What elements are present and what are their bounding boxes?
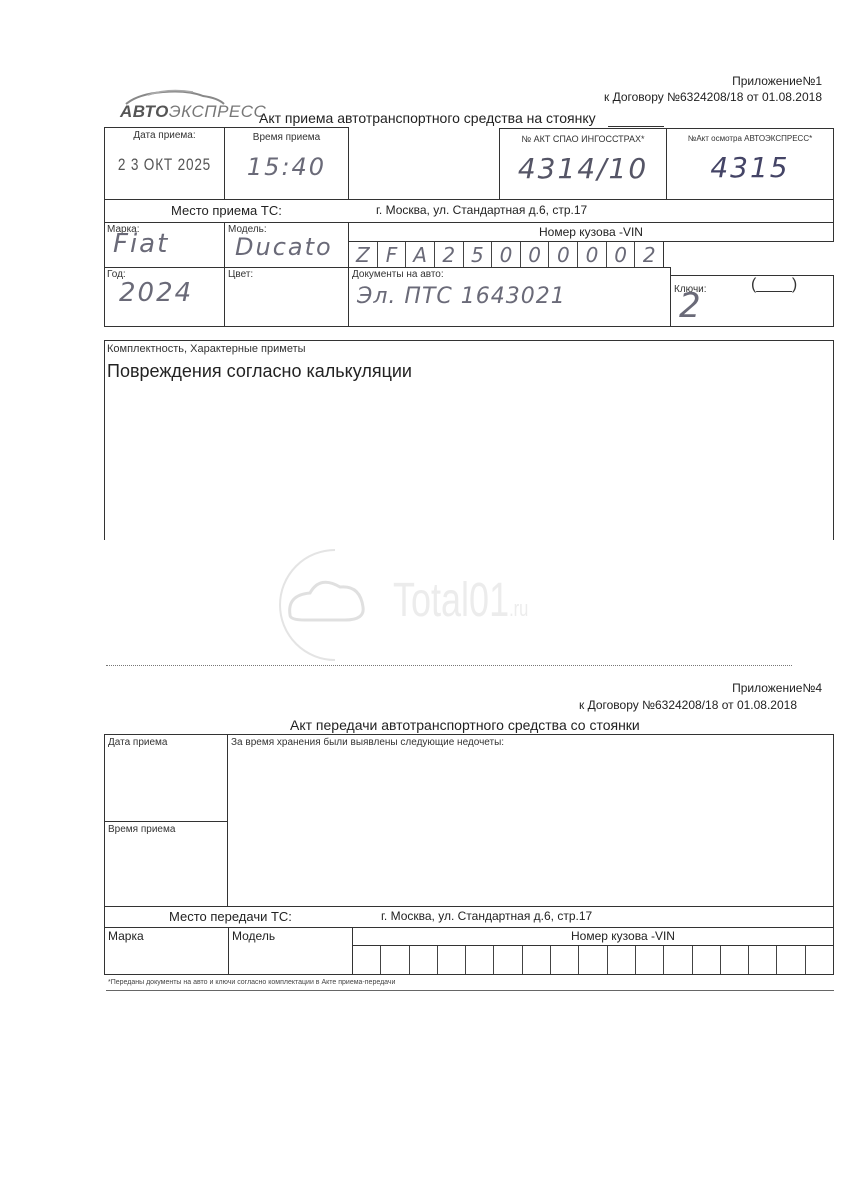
inspection-value: 4315 [667,151,833,184]
watermark-text: Total01.ru [393,573,528,628]
form2-vin-boxes [352,945,834,975]
date-cell: Дата приема: 2 3 ОКТ 2025 [104,127,225,200]
inspection-label: №Акт осмотра АВТОЭКСПРЕСС* [667,134,833,143]
time-cell: Время приема 15:40 [224,127,349,200]
year-cell: Год: 2024 [104,267,225,327]
watermark-logo-icon [275,545,385,665]
form2-place-value: г. Москва, ул. Стандартная д.6, стр.17 [381,909,592,923]
vin-empty-cell [636,946,664,974]
logo-bold: АВТО [120,102,169,121]
vin-char-cell: F [378,242,407,267]
form2-brand-label: Марка [108,929,225,943]
title-underline [608,126,664,127]
vin-empty-cell [579,946,607,974]
vin-boxes: ZFA25000002 [348,241,664,268]
time-value: 15:40 [225,153,348,181]
model-value: Ducato [235,233,333,261]
footnote-line [106,990,834,991]
watermark: Total01.ru [275,545,605,665]
time-label: Время приема [225,132,348,143]
form2-vin-label: Номер кузова -VIN [353,929,833,943]
form2-time-label: Время приема [108,824,175,835]
logo-thin: ЭКСПРЕСС [169,102,266,121]
form2-place-row: Место передачи ТС: г. Москва, ул. Станда… [104,906,834,928]
vin-empty-cell [494,946,522,974]
docs-label: Документы на авто: [352,269,667,280]
vin-empty-cell [806,946,833,974]
vin-char-cell: Z [349,242,378,267]
vin-header: Номер кузова -VIN [348,222,834,242]
form1-title: Акт приема автотранспортного средства на… [259,110,596,126]
brand-cell: Марка: Fiat [104,222,225,268]
place-label: Место приема ТС: [171,203,282,218]
ingos-cell: № АКТ СПАО ИНГОССТРАХ* 4314/10 [499,128,667,200]
avtoexpress-logo: АВТОЭКСПРЕСС [118,86,228,124]
form2-left-col: Дата приема Время приема [105,735,228,906]
keys-value: 2 [679,286,703,326]
form2-model-label: Модель [232,929,349,943]
footnote: *Переданы документы на авто и ключи согл… [108,979,395,986]
equipment-value: Повреждения согласно калькуляции [107,361,831,382]
form2-top-box: Дата приема Время приема За время хранен… [104,734,834,907]
place-value: г. Москва, ул. Стандартная д.6, стр.17 [376,203,587,217]
model-cell: Модель: Ducato [224,222,349,268]
contract-ref-1: к Договору №6324208/18 от 01.08.2018 [520,90,822,104]
divider [105,821,227,822]
vin-empty-cell [438,946,466,974]
vin-char-cell: 2 [435,242,464,267]
vin-empty-cell [551,946,579,974]
appendix-4-label: Приложение№4 [600,681,822,695]
keys-extra: (____) [751,276,797,294]
contract-ref-2: к Договору №6324208/18 от 01.08.2018 [520,698,797,712]
vin-char-cell: 0 [521,242,550,267]
defects-label: За время хранения были выявлены следующи… [231,737,504,748]
vin-empty-cell [693,946,721,974]
vin-char-cell: 0 [549,242,578,267]
vin-empty-cell [721,946,749,974]
vin-char-cell: A [406,242,435,267]
vin-char-cell: 5 [464,242,493,267]
vin-empty-cell [664,946,692,974]
vin-label: Номер кузова -VIN [349,225,833,239]
vin-empty-cell [353,946,381,974]
equipment-label: Комплектность, Характерные приметы [107,343,831,355]
form2-model-cell: Модель [228,927,353,975]
vin-empty-cell [523,946,551,974]
vin-empty-cell [410,946,438,974]
ingos-value: 4314/10 [500,152,666,185]
vin-char-cell: 2 [635,242,663,267]
vin-char-cell: 0 [492,242,521,267]
equipment-box: Комплектность, Характерные приметы Повре… [104,340,834,540]
vin-empty-cell [749,946,777,974]
color-label: Цвет: [228,269,345,280]
date-label: Дата приема: [105,130,224,141]
color-cell: Цвет: [224,267,349,327]
form2-title: Акт передачи автотранспортного средства … [290,717,640,733]
docs-cell: Документы на авто: Эл. ПТС 1643021 [348,267,671,327]
vin-empty-cell [608,946,636,974]
vin-empty-cell [777,946,805,974]
form2-place-label: Место передачи ТС: [169,909,292,924]
vin-empty-cell [381,946,409,974]
docs-value: Эл. ПТС 1643021 [357,284,566,309]
place-row: Место приема ТС: г. Москва, ул. Стандарт… [104,199,834,223]
form2-brand-cell: Марка [104,927,229,975]
form2-date-label: Дата приема [108,737,224,748]
year-value: 2024 [119,278,193,308]
vin-char-cell: 0 [578,242,607,267]
form2-vin-header: Номер кузова -VIN [352,927,834,946]
ingos-label: № АКТ СПАО ИНГОССТРАХ* [500,134,666,144]
keys-cell: Ключи: 2 (____) [670,275,834,327]
date-stamp: 2 3 ОКТ 2025 [117,155,212,175]
vin-empty-cell [466,946,494,974]
appendix-1-label: Приложение№1 [600,74,822,88]
inspection-cell: №Акт осмотра АВТОЭКСПРЕСС* 4315 [666,128,834,200]
cut-line [106,665,792,666]
vin-char-cell: 0 [607,242,636,267]
brand-value: Fiat [113,229,169,259]
